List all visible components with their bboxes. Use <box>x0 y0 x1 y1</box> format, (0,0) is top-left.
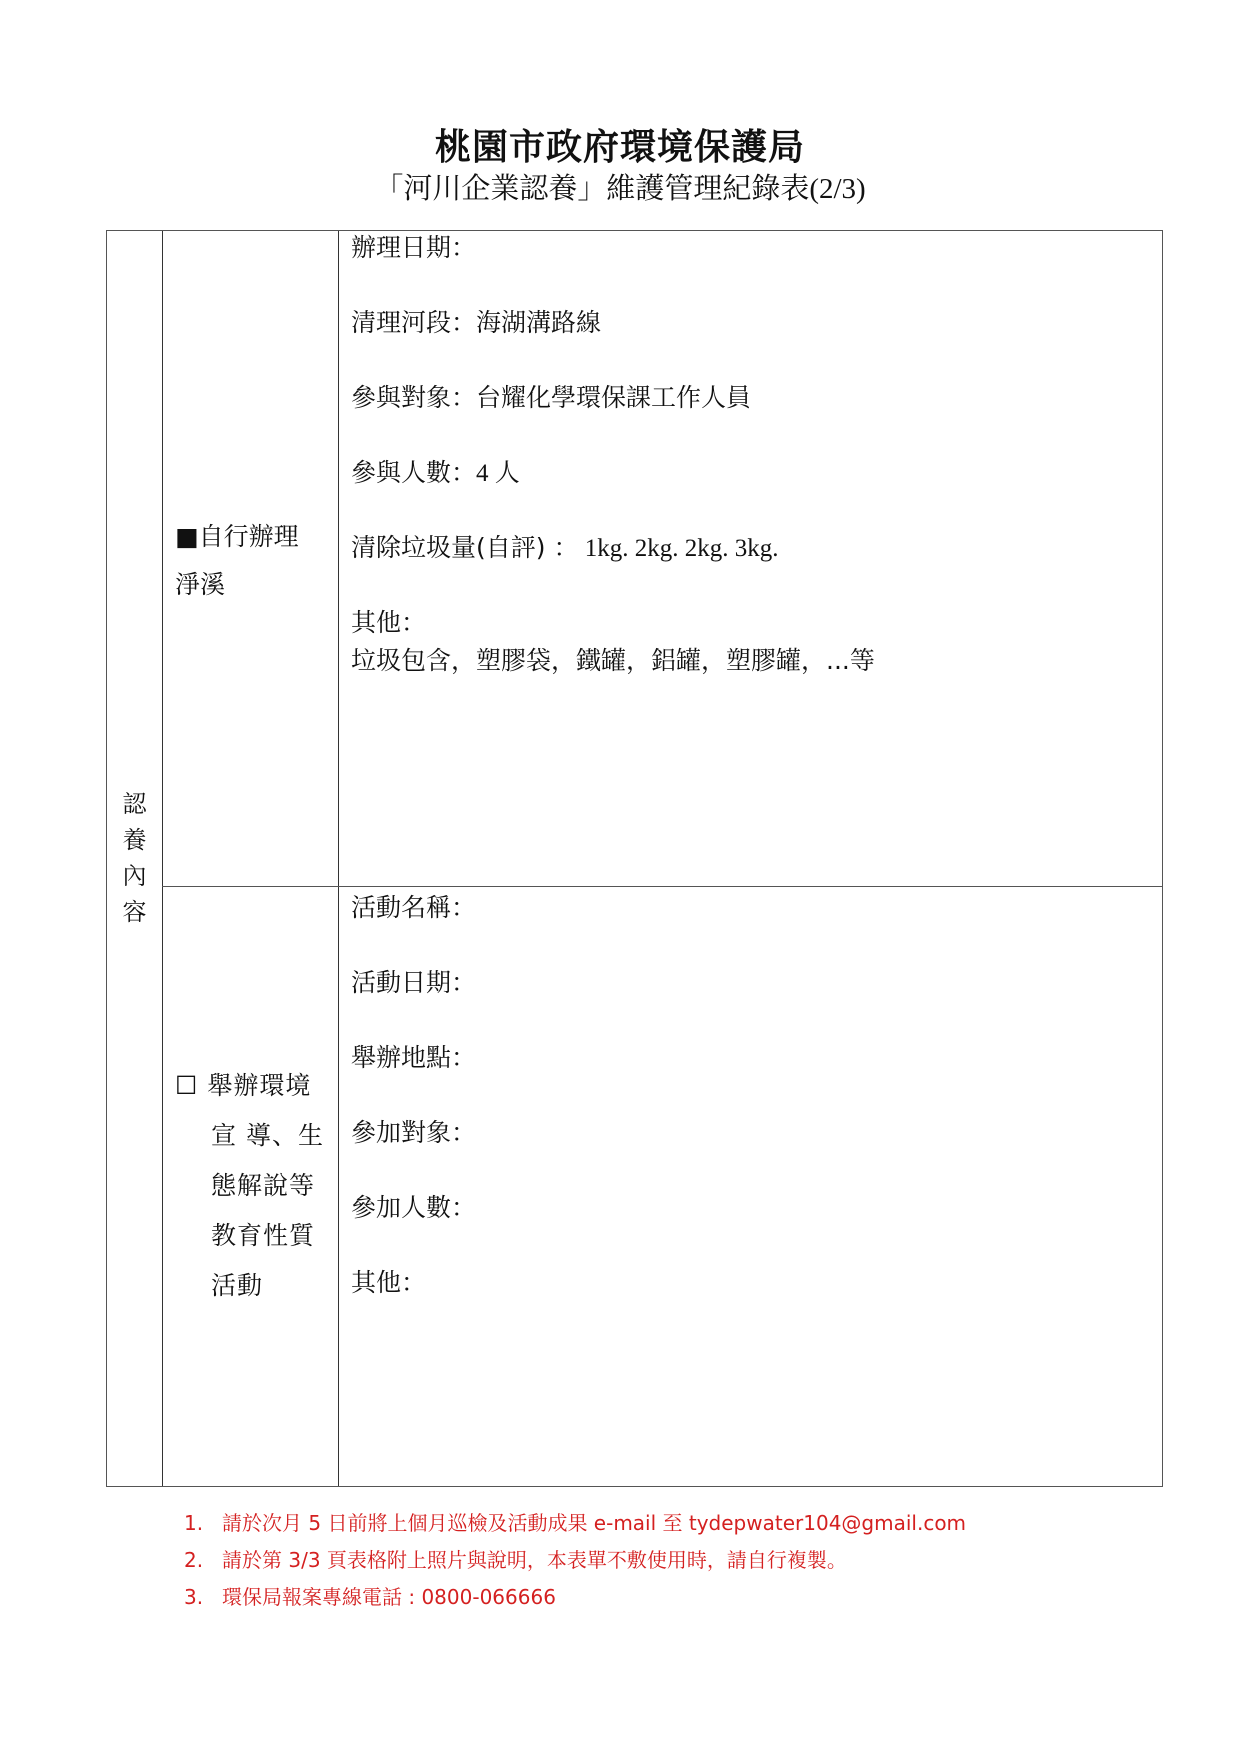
field-value[interactable]: 垃圾包含，塑膠袋，鐵罐，鋁罐，塑膠罐，...等 <box>351 642 1152 680</box>
page-subtitle: 「河川企業認養」維護管理紀錄表(2/3) <box>0 170 1240 208</box>
page-title: 桃園市政府環境保護局 <box>0 126 1240 170</box>
side-label-char: 容 <box>107 894 162 930</box>
field-label: 舉辦地點： <box>351 1043 476 1072</box>
field-other: 其他： <box>351 1258 1152 1333</box>
field-date: 辦理日期： <box>351 223 1152 298</box>
category-label: 宣 導、生 <box>175 1111 335 1161</box>
field-label: 辦理日期： <box>351 233 476 262</box>
field-value[interactable]: 4 人 <box>476 460 520 487</box>
category-self-cleanup: ■自行辦理 淨溪 <box>175 513 335 609</box>
field-activity-date: 活動日期： <box>351 958 1152 1033</box>
side-label-char: 認 <box>107 786 162 822</box>
category-label: 活動 <box>175 1261 335 1311</box>
category-label: 教育性質 <box>175 1211 335 1261</box>
field-participant-count: 參與人數：4 人 <box>351 448 1152 523</box>
field-participants: 參與對象：台耀化學環保課工作人員 <box>351 373 1152 448</box>
note-number: 2. <box>184 1542 222 1579</box>
note-number: 1. <box>184 1505 222 1542</box>
field-audience: 參加對象： <box>351 1108 1152 1183</box>
section1-fields: 辦理日期： 清理河段：海湖溝路線 參與對象：台耀化學環保課工作人員 參與人數：4… <box>351 223 1152 680</box>
note-item: 3.環保局報案專線電話 : 0800-066666 <box>184 1579 966 1616</box>
field-value[interactable]: 台耀化學環保課工作人員 <box>476 383 751 412</box>
field-garbage-amount: 清除垃圾量(自評) ： 1kg. 2kg. 2kg. 3kg. <box>351 523 1152 598</box>
field-label: 活動名稱： <box>351 893 476 922</box>
field-activity-name: 活動名稱： <box>351 883 1152 958</box>
note-item: 2.請於第 3/3 頁表格附上照片與說明，本表單不敷使用時，請自行複製。 <box>184 1542 966 1579</box>
notes-list: 1.請於次月 5 日前將上個月巡檢及活動成果 e-mail 至 tydepwat… <box>184 1505 966 1616</box>
note-text: 環保局報案專線電話 : 0800-066666 <box>222 1585 556 1609</box>
field-label: 參與對象： <box>351 383 476 412</box>
column-divider <box>162 231 163 1486</box>
side-label-char: 內 <box>107 858 162 894</box>
category-label: 淨溪 <box>175 561 335 609</box>
side-label-char: 養 <box>107 822 162 858</box>
field-label: 其他： <box>351 604 1152 642</box>
field-value[interactable]: 1kg. 2kg. 2kg. 3kg. <box>578 535 778 562</box>
field-label: 其他： <box>351 1268 426 1297</box>
category-label: 自行辦理 <box>199 522 299 551</box>
field-label: 參加人數： <box>351 1193 476 1222</box>
field-label: 活動日期： <box>351 968 476 997</box>
category-education-activity: ☐ 舉辦環境 宣 導、生 態解說等 教育性質 活動 <box>175 1061 335 1311</box>
checkbox-filled-icon[interactable]: ■ <box>175 522 199 551</box>
field-value[interactable]: 海湖溝路線 <box>476 308 601 337</box>
side-label-adoption-content: 認 養 內 容 <box>107 786 162 930</box>
field-label: 清除垃圾量(自評) ： <box>351 533 578 562</box>
checkbox-empty-icon[interactable]: ☐ <box>175 1071 198 1100</box>
category-label: 舉辦環境 <box>207 1071 311 1100</box>
note-item: 1.請於次月 5 日前將上個月巡檢及活動成果 e-mail 至 tydepwat… <box>184 1505 966 1542</box>
note-number: 3. <box>184 1579 222 1616</box>
note-text: 請於次月 5 日前將上個月巡檢及活動成果 e-mail 至 tydepwater… <box>222 1511 966 1535</box>
column-divider <box>338 231 339 1486</box>
field-river-section: 清理河段：海湖溝路線 <box>351 298 1152 373</box>
field-location: 舉辦地點： <box>351 1033 1152 1108</box>
field-label: 參加對象： <box>351 1118 476 1147</box>
field-label: 參與人數： <box>351 458 476 487</box>
category-label: 態解說等 <box>175 1161 335 1211</box>
record-table: 認 養 內 容 ■自行辦理 淨溪 辦理日期： 清理河段：海湖溝路線 參與對象：台… <box>106 230 1163 1487</box>
field-label: 清理河段： <box>351 308 476 337</box>
note-text: 請於第 3/3 頁表格附上照片與說明，本表單不敷使用時，請自行複製。 <box>222 1548 847 1572</box>
field-other: 其他：垃圾包含，塑膠袋，鐵罐，鋁罐，塑膠罐，...等 <box>351 598 1152 680</box>
field-audience-count: 參加人數： <box>351 1183 1152 1258</box>
section2-fields: 活動名稱： 活動日期： 舉辦地點： 參加對象： 參加人數： 其他： <box>351 883 1152 1333</box>
